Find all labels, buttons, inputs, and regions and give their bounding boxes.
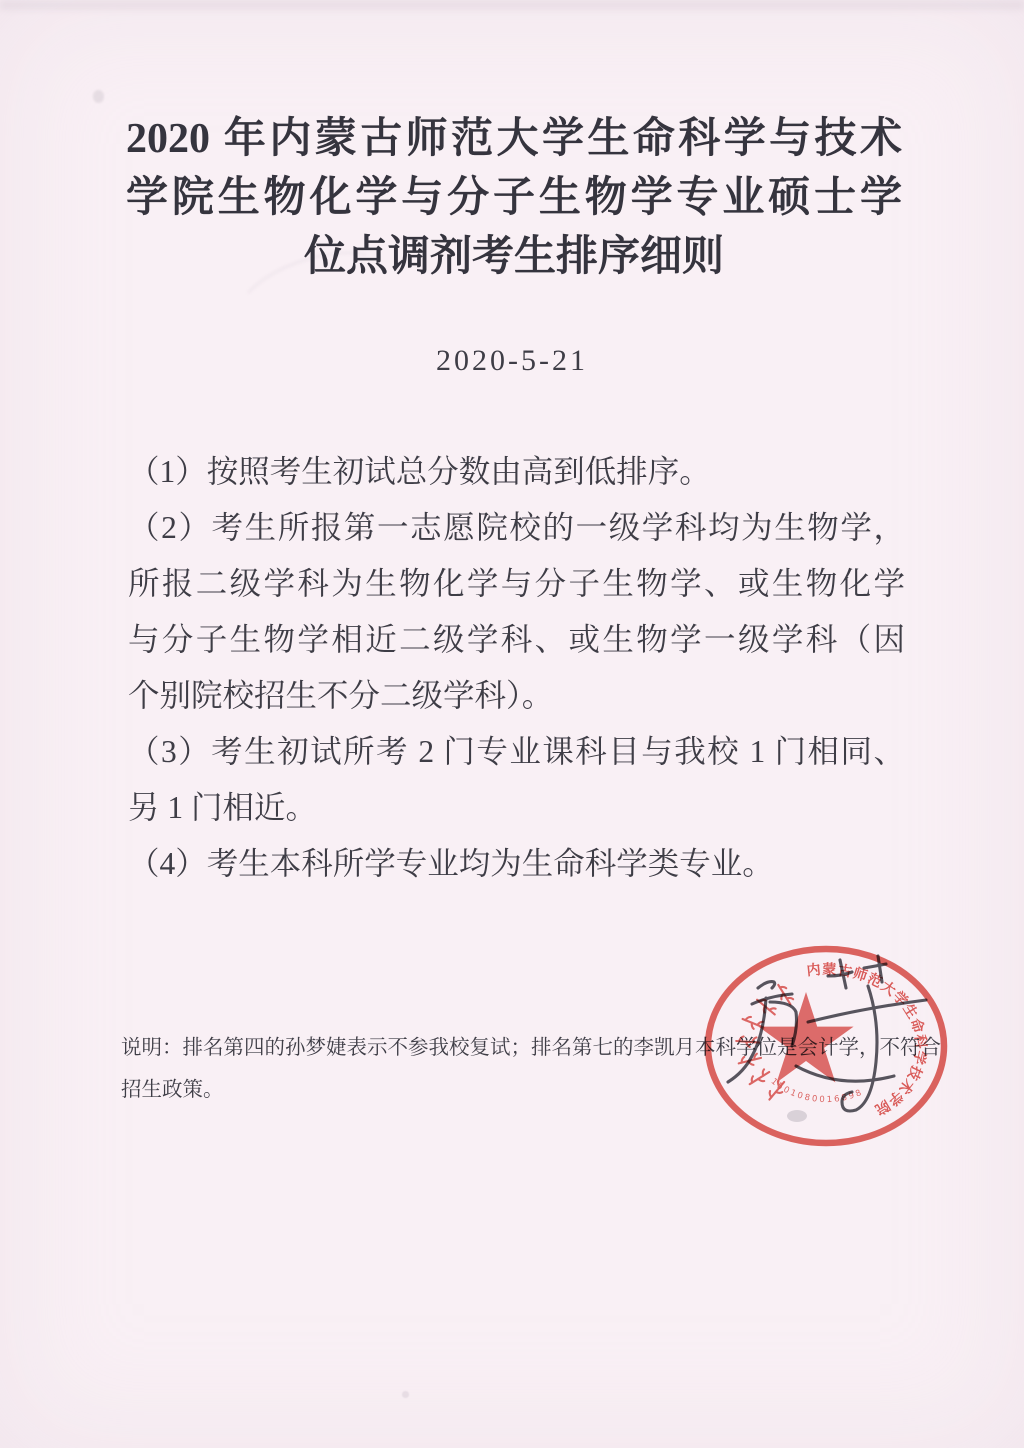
document-date: 2020-5-21 (0, 344, 1024, 378)
scan-artifact (93, 90, 104, 103)
title-line: 2020 年内蒙古师范大学生命科学与技术 (126, 110, 902, 169)
handwritten-signature (700, 946, 962, 1126)
rule-line: 所报二级学科为生物化学与分子生物学、或生物化学 (128, 556, 905, 612)
title-line: 位点调剂考生排序细则 (126, 228, 902, 287)
rule-line: （4）考生本科所学专业均为生命科学类专业。 (128, 836, 905, 892)
rule-line: （2）考生所报第一志愿院校的一级学科均为生物学， (128, 500, 905, 556)
rules-list: （1）按照考生初试总分数由高到低排序。 （2）考生所报第一志愿院校的一级学科均为… (128, 444, 905, 892)
signature-strokes (728, 956, 926, 1111)
rule-line: （1）按照考生初试总分数由高到低排序。 (128, 444, 905, 500)
rule-line: （3）考生初试所考 2 门专业课科目与我校 1 门相同、 (128, 724, 905, 780)
rule-line: 个别院校招生不分二级学科）。 (128, 668, 905, 724)
title-line: 学院生物化学与分子生物学专业硕士学 (126, 169, 902, 228)
ink-smudge (787, 1110, 807, 1122)
rule-line: 与分子生物学相近二级学科、或生物学一级学科（因 (128, 612, 905, 668)
rule-line: 另 1 门相近。 (128, 780, 905, 836)
scan-artifact (0, 0, 1024, 10)
scan-artifact (402, 1391, 409, 1398)
document-title: 2020 年内蒙古师范大学生命科学与技术 学院生物化学与分子生物学专业硕士学 位… (126, 110, 902, 287)
scanned-document-page: 2020 年内蒙古师范大学生命科学与技术 学院生物化学与分子生物学专业硕士学 位… (0, 0, 1024, 1448)
